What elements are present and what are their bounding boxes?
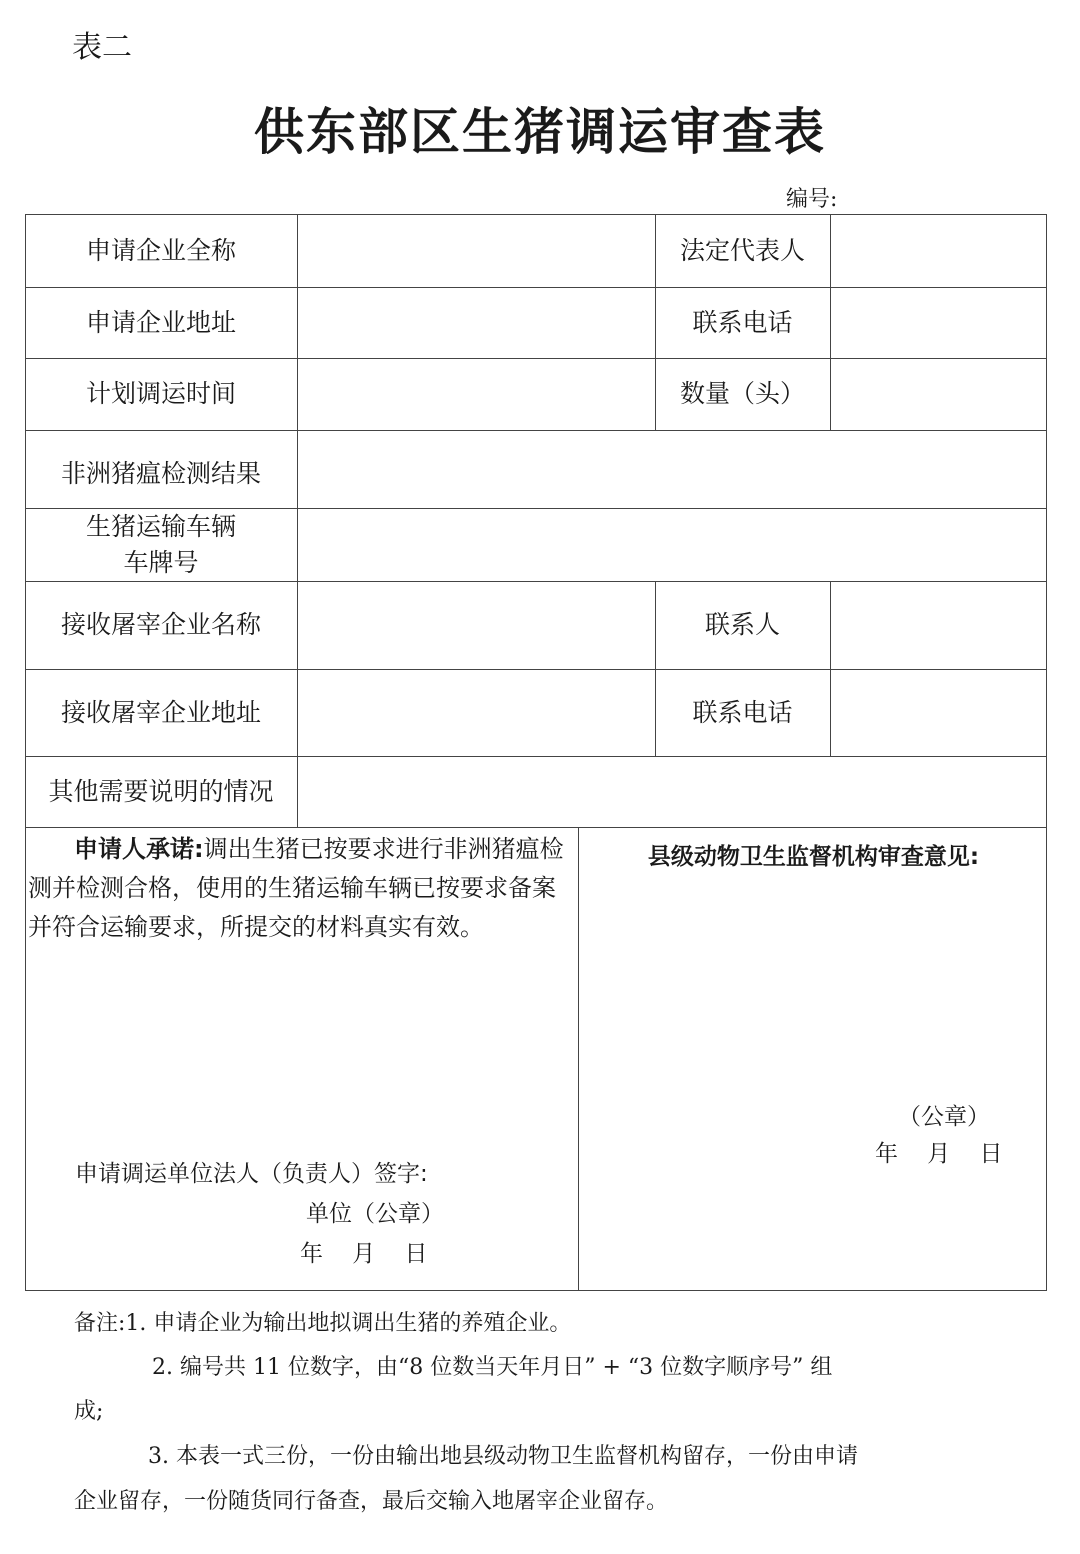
applicant-company-name-field[interactable] [299,216,653,286]
label-quantity-head: 数量（头） [655,358,830,430]
label-other-remarks: 其他需要说明的情况 [25,756,297,827]
asf-test-result-field[interactable] [299,432,1045,507]
other-remarks-field[interactable] [299,758,1045,826]
notes-label-text: 备注: [74,1311,125,1336]
label-vehicle-plate-line1: 生猪运输车辆 [86,509,236,545]
column-divider [830,214,831,430]
label-vehicle-plate-line2: 车牌号 [123,545,198,581]
label-planned-transport-time: 计划调运时间 [25,358,297,430]
planned-transport-time-field[interactable] [299,360,653,429]
column-divider [830,581,831,756]
label-slaughter-company-name: 接收屠宰企业名称 [25,581,297,669]
note-item-3: 3. 本表一式三份，一份由输出地县级动物卫生监督机构留存，一份由申请 [148,1439,858,1470]
applicant-signature-label: 申请调运单位法人（负责人）签字: [75,1155,428,1188]
slaughter-contact-phone-field[interactable] [832,671,1045,755]
legal-representative-field[interactable] [832,216,1045,286]
label-legal-representative: 法定代表人 [655,214,830,287]
label-slaughter-company-address: 接收屠宰企业地址 [25,669,297,756]
applicant-company-address-field[interactable] [299,289,653,357]
slaughter-company-name-field[interactable] [299,583,653,668]
column-divider [297,214,298,827]
review-opinion-field[interactable] [582,880,1044,1090]
label-applicant-company-name: 申请企业全称 [25,214,297,287]
label-contact-phone: 联系电话 [655,287,830,358]
applicant-date-label: 年 月 日 [300,1235,428,1268]
review-seal-label: （公章） [898,1098,990,1131]
contact-phone-field[interactable] [832,289,1045,357]
note-item-2-continued: 成; [74,1394,103,1425]
notes-label: 备注:1. 申请企业为输出地拟调出生猪的养殖企业。 [74,1306,571,1337]
form-number-label: 表二 [72,22,132,66]
label-vehicle-plate: 生猪运输车辆 车牌号 [25,508,297,581]
quantity-field[interactable] [832,360,1045,429]
note-item-1: 1. 申请企业为输出地拟调出生猪的养殖企业。 [125,1311,571,1336]
label-contact-person: 联系人 [655,581,830,669]
review-heading: 县级动物卫生监督机构审查意见: [580,838,1047,871]
pledge-heading: 申请人承诺: [74,835,204,863]
vehicle-plate-field[interactable] [299,510,1045,580]
review-date-label: 年 月 日 [875,1135,1003,1168]
slaughter-company-address-field[interactable] [299,671,653,755]
contact-person-field[interactable] [832,583,1045,668]
note-item-2: 2. 编号共 11 位数字，由“8 位数当天年月日” + “3 位数字顺序号” … [152,1350,832,1381]
serial-number-label: 编号: [786,182,837,213]
label-slaughter-contact-phone: 联系电话 [655,669,830,756]
column-divider [578,827,579,1291]
applicant-signature-area[interactable] [30,990,575,1150]
applicant-pledge: 申请人承诺:调出生猪已按要求进行非洲猪瘟检测并检测合格，使用的生猪运输车辆已按要… [28,830,570,947]
applicant-seal-label: 单位（公章） [306,1195,444,1228]
label-applicant-company-address: 申请企业地址 [25,287,297,358]
label-asf-test-result: 非洲猪瘟检测结果 [25,430,297,508]
row-divider [25,827,1047,828]
note-item-3-continued: 企业留存，一份随货同行备查，最后交输入地屠宰企业留存。 [74,1484,668,1515]
page-title: 供东部区生猪调运审查表 [0,92,1080,164]
